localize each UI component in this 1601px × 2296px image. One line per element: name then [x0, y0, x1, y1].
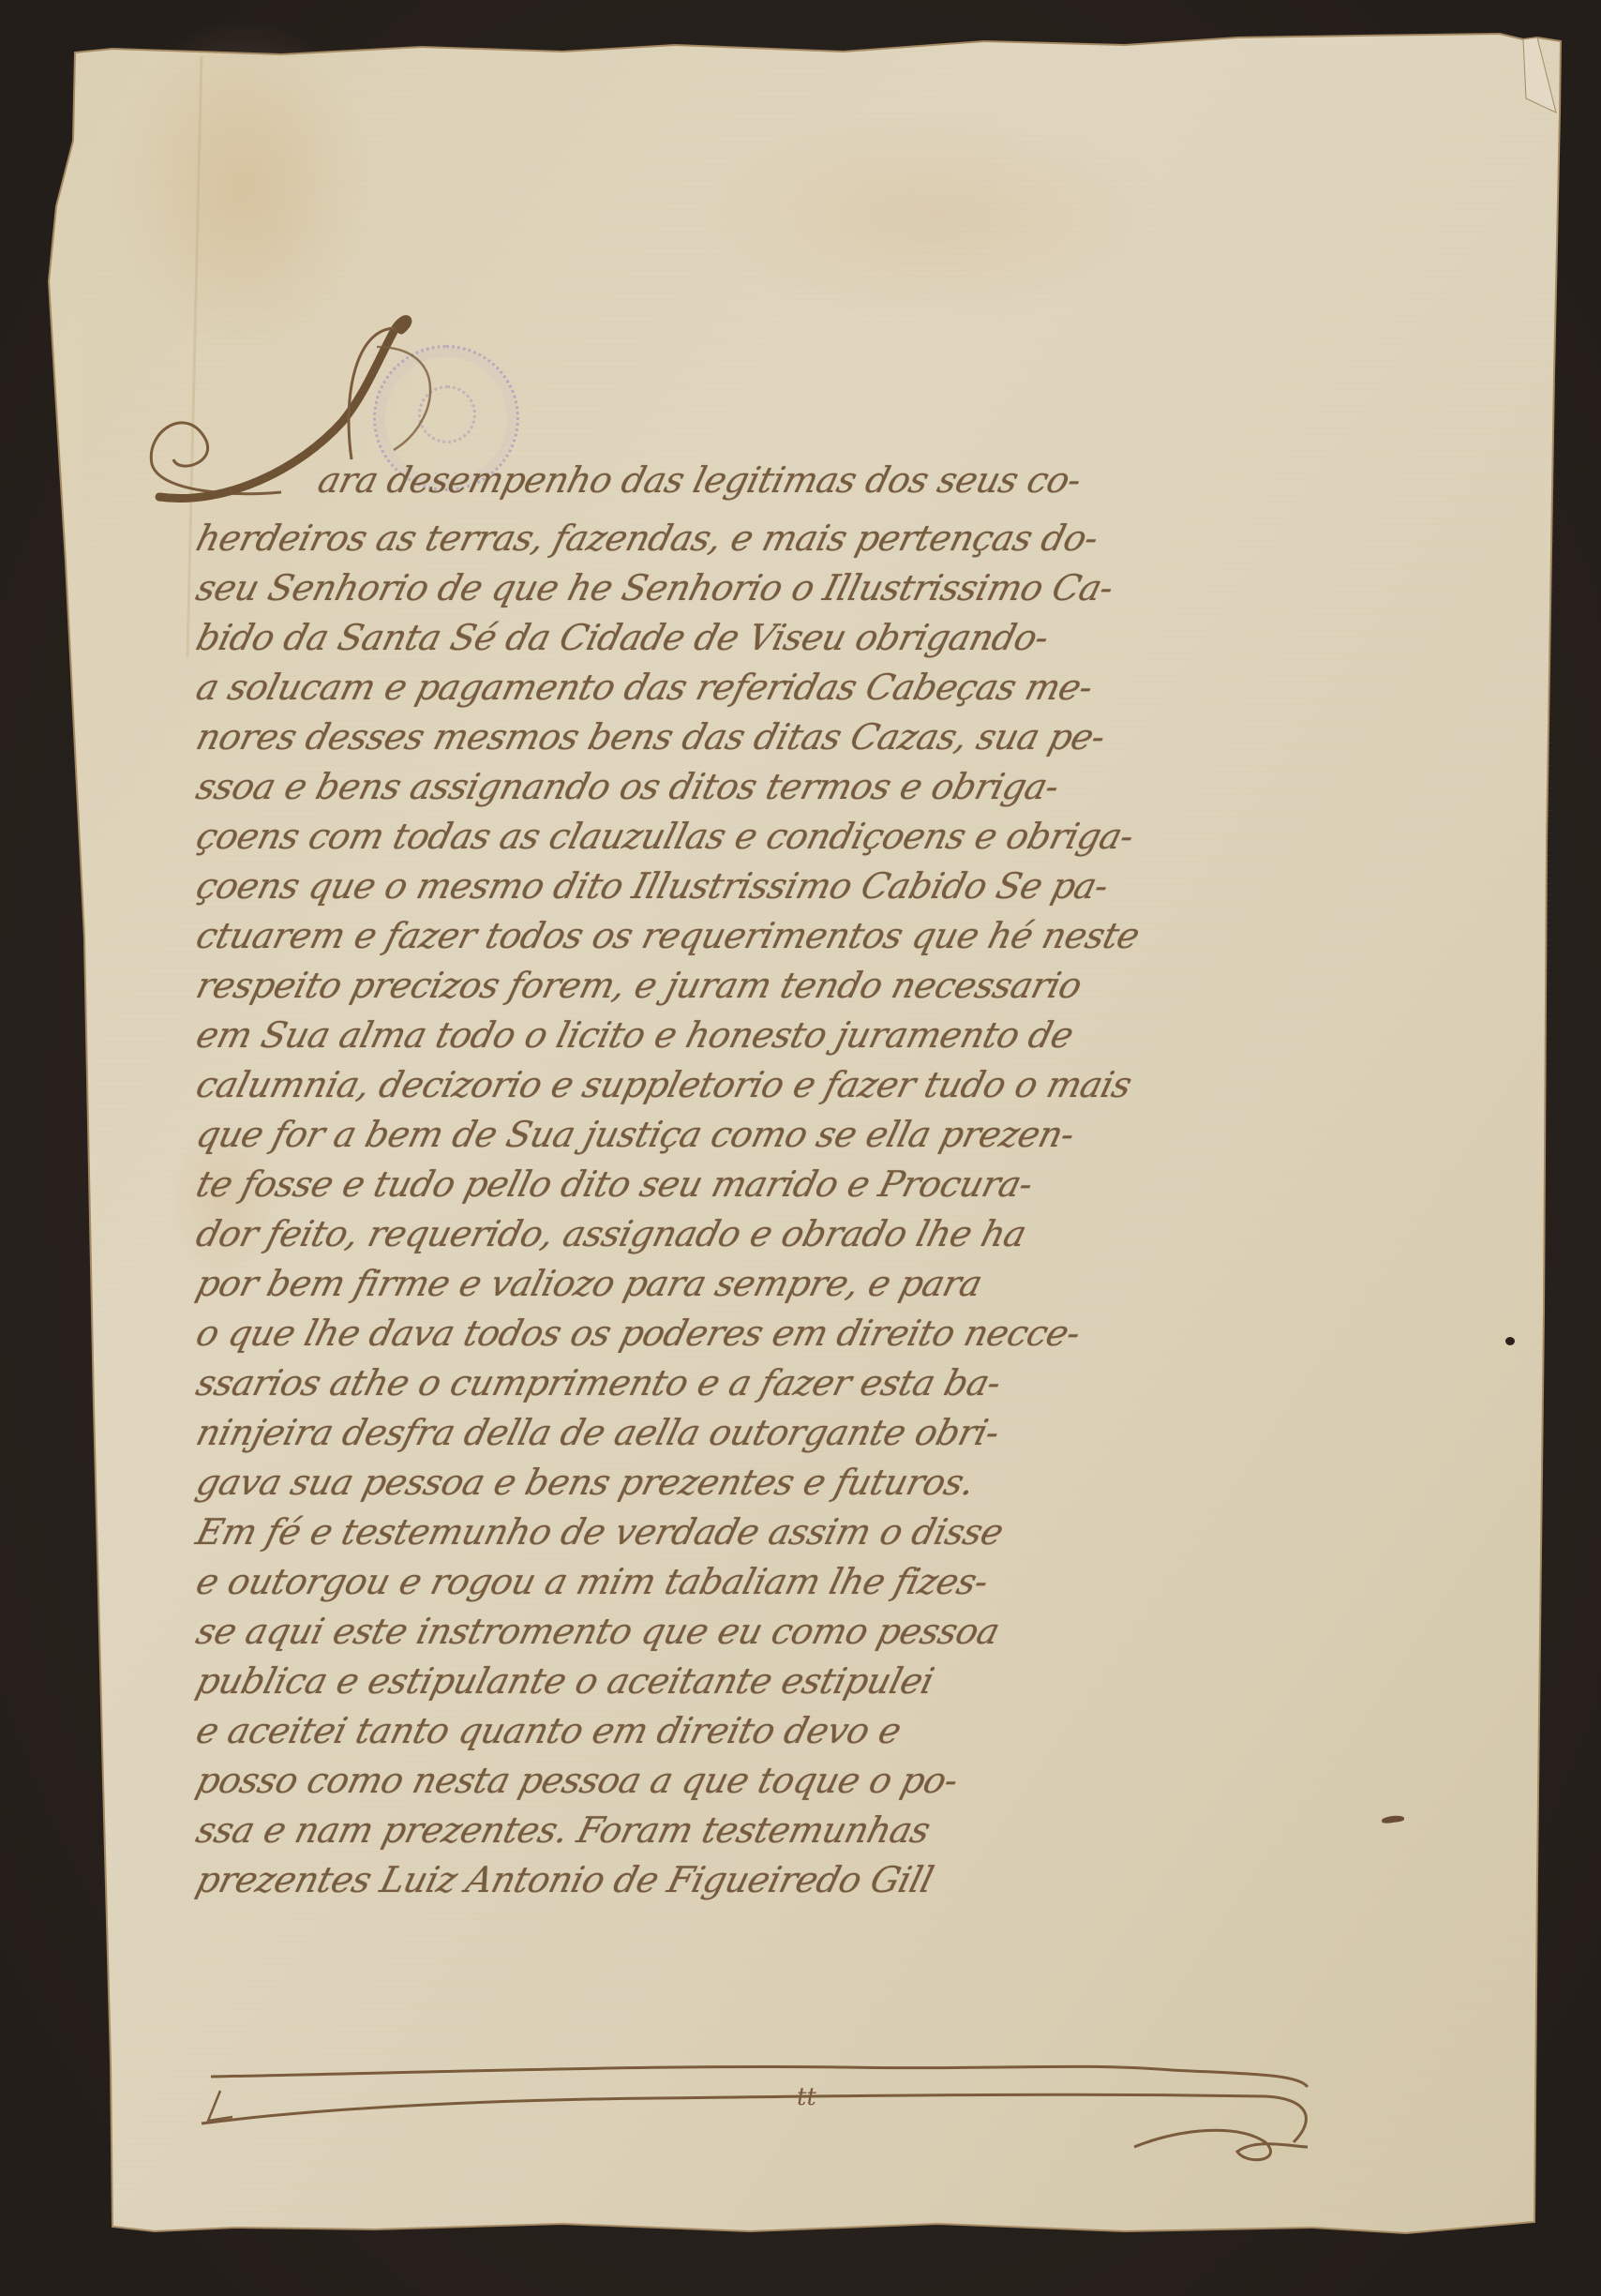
ink-dot — [1505, 1337, 1515, 1345]
manuscript-page: · · · ara desempenho das legitimas dos s… — [0, 0, 1601, 2296]
margin-mark: tt — [797, 2083, 816, 2111]
closing-flourish: tt — [0, 0, 1601, 2296]
